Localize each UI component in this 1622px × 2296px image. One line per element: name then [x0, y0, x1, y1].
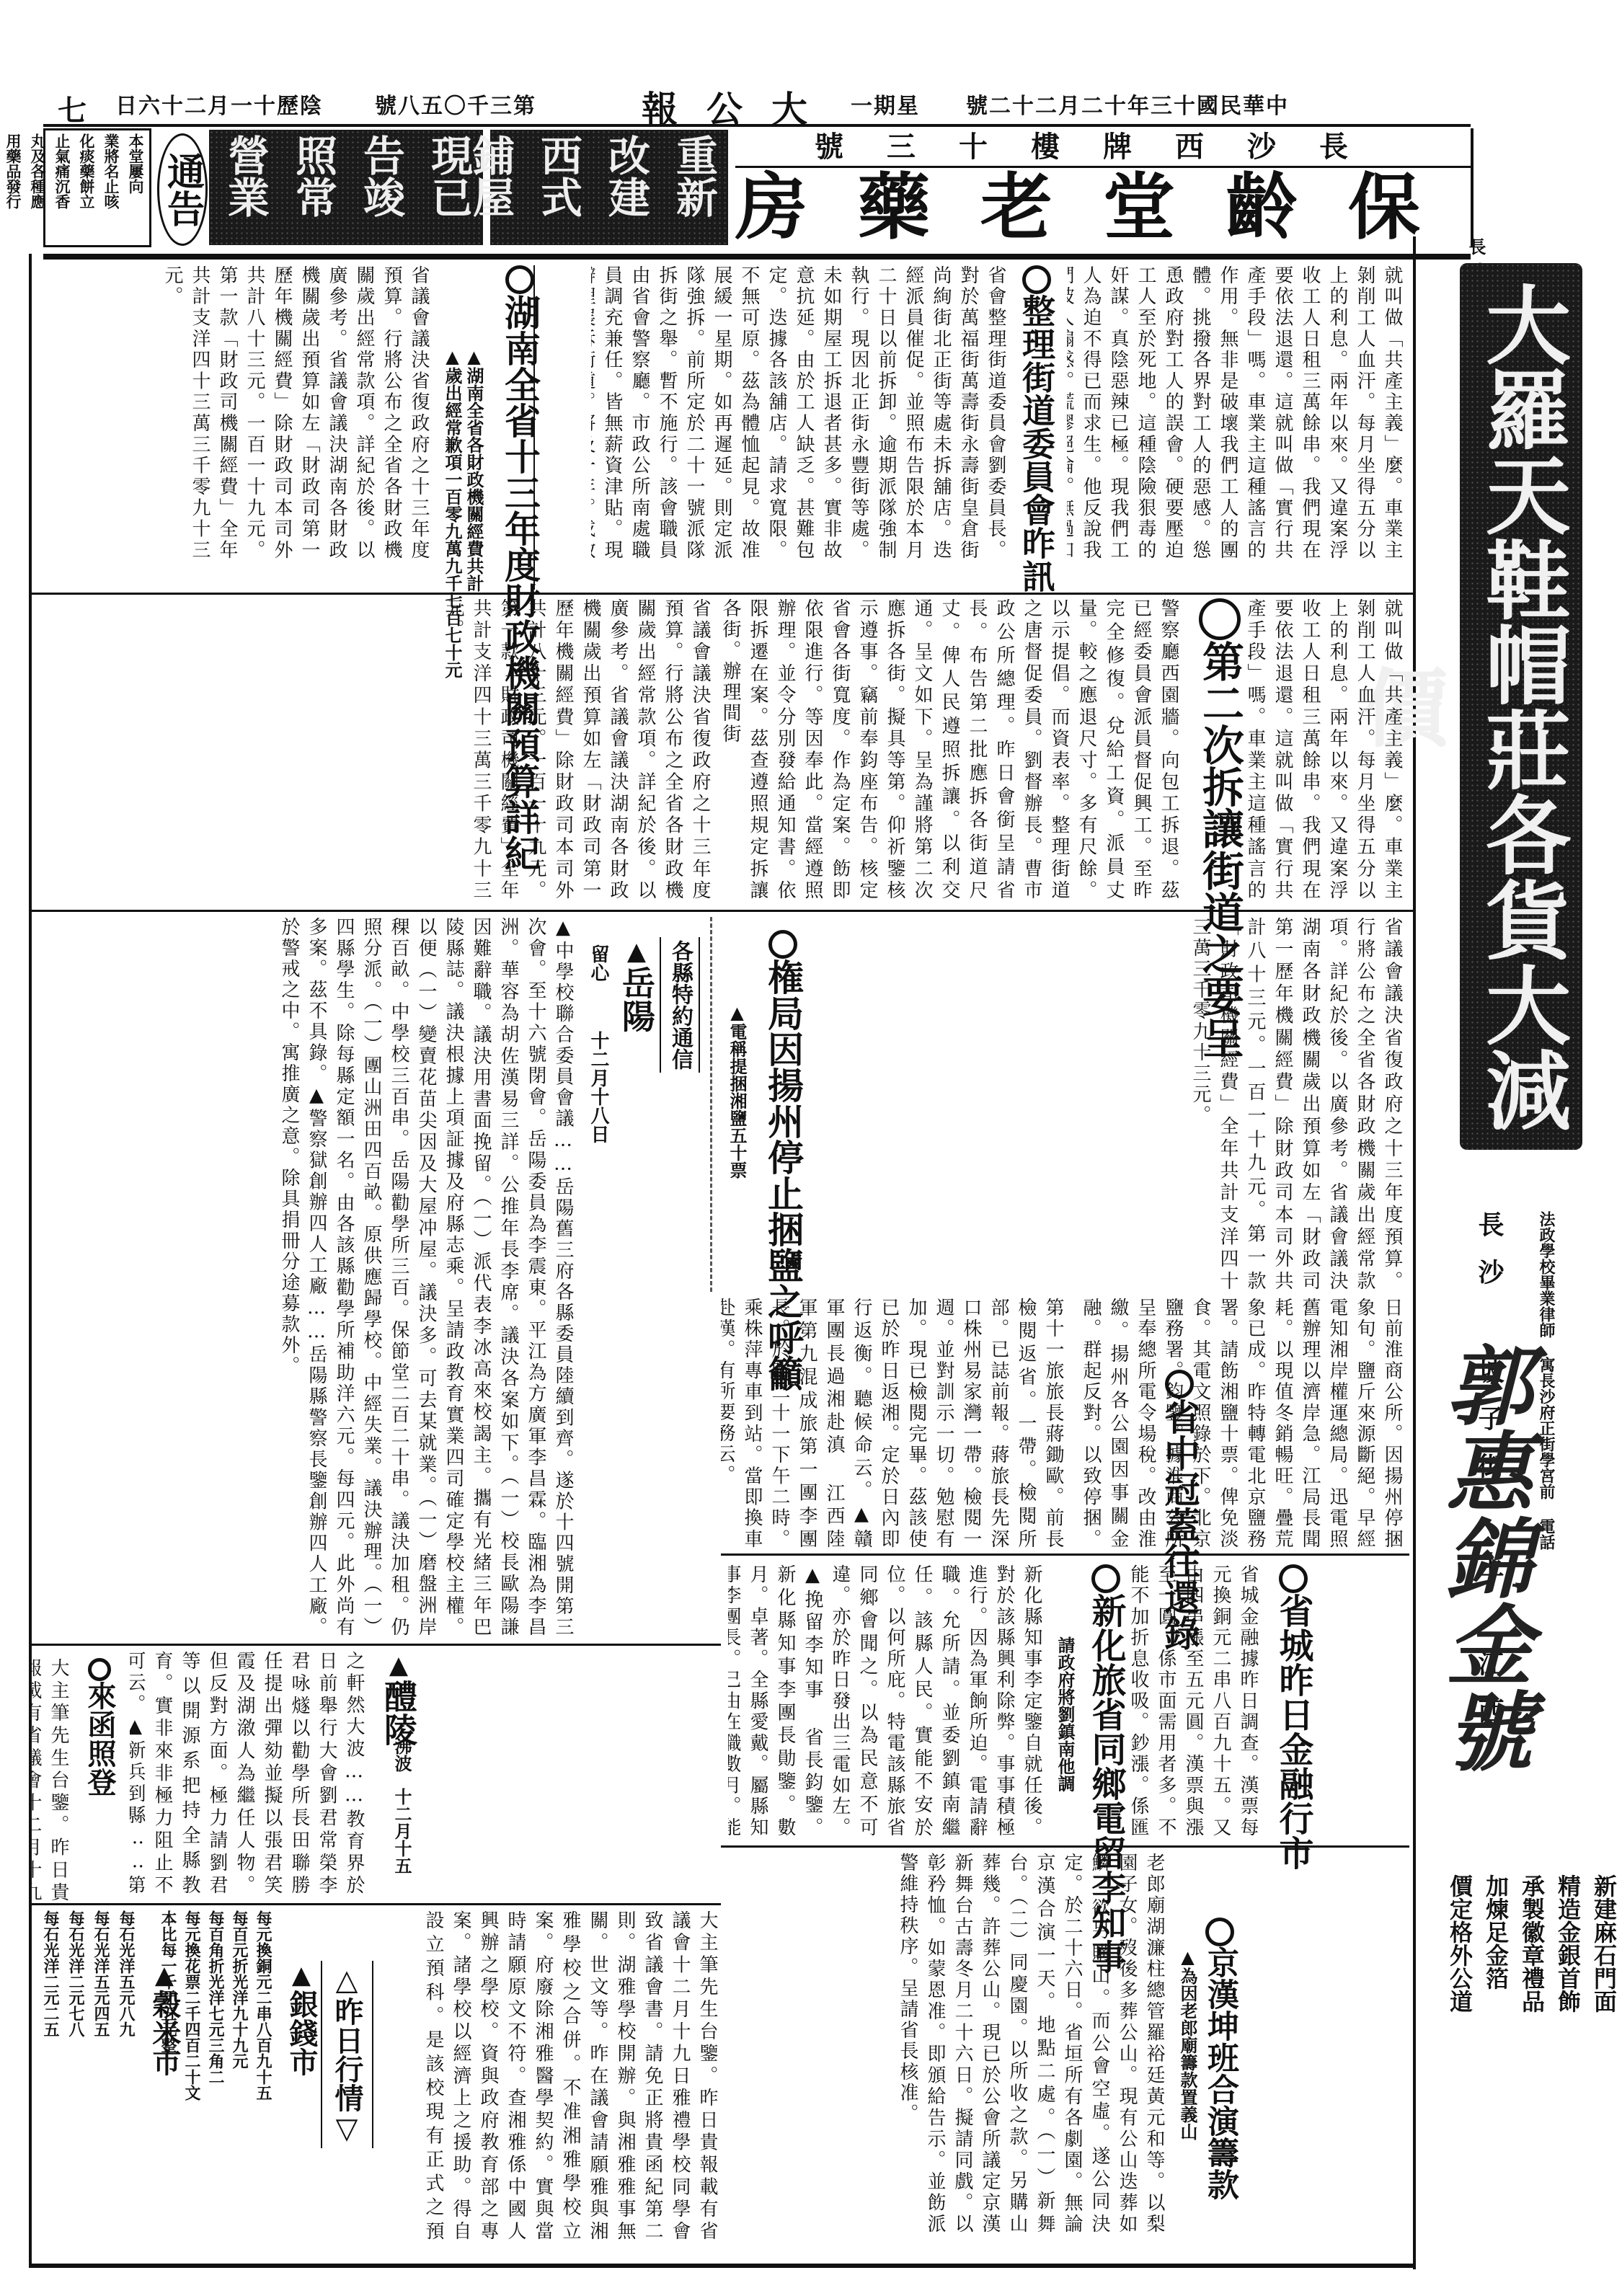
article-budget-body: 省議會議決省復政府之十三年度預算。行將公布之全省各財政機關歲出經常款項。詳紀於後… [29, 265, 433, 561]
band-rule [29, 1903, 721, 1905]
triangle-bullet-icon: ▲ [287, 1961, 316, 1990]
article-finance-title: 省城昨日金融行市 [1269, 1564, 1319, 1870]
header-rule [43, 124, 1471, 127]
circle-bullet-icon [1279, 1564, 1308, 1593]
article-labor-cont: 就叫做「共產主義」麼。車業主剝削工人血汗。每月坐得五分以上的利息。兩年以來。又違… [1240, 598, 1406, 901]
article-street-body: 省會整理街道委員會劉委員長。對於萬福街萬壽街永壽街皇倉街尚絢街北正街等處未拆舖店… [591, 265, 1009, 561]
shoe-hat-shop-banner: 大羅天鞋帽莊各貨大減價 [1460, 263, 1582, 1150]
band-rule [29, 910, 1413, 912]
band-rule [721, 1553, 1409, 1556]
opera-subtitle: ▲為因老郎廟籌款置義山 [1175, 1946, 1200, 2140]
pharmacy-ad: 長沙西牌樓十三號 保齡堂老藥房 [735, 128, 1473, 247]
yueyang-byline: 留心 [585, 944, 612, 982]
liling-title: ▲醴陵 [375, 1651, 422, 1746]
article-governor-body: 第十一旅旅長蔣鋤歐。前長檢閱返省。一帶。檢閱所部。已誌前報。蔣旅長先深口株州易家… [721, 1298, 1067, 1550]
lawyer-note: 法政學校畢業律師 寓長沙府正街學宮前 電話 [1535, 1211, 1558, 1644]
county-correspondence-banner: 各縣特約通信 [660, 937, 700, 1073]
circle-bullet-icon [88, 1658, 111, 1681]
notice-title: 通告 [157, 133, 208, 246]
quote-row: 每石光洋二元二五 [39, 1910, 61, 2242]
quote-row: 每元換花票二千四百二十文 [180, 1910, 203, 2242]
letter-title: 來函照登 [79, 1658, 120, 1796]
salt-subtitle: ▲電稱提捆湘鹽五十票 [724, 1002, 750, 1179]
bottom-frame [29, 2264, 1413, 2268]
circle-bullet-icon [1205, 1918, 1234, 1946]
issue-number: 第三千〇五八號 [375, 88, 536, 120]
quote-row: 每百元折光洋九十九元 [228, 1910, 250, 2242]
xinhua-subtitle: 請政府將劉鎮南他調 [1052, 1636, 1078, 1792]
pharmacy-address: 長沙西牌樓十三號 [735, 128, 1471, 168]
yueyang-title: ▲岳陽 [613, 937, 660, 1032]
triangle-bullet-icon: ▲ [150, 1961, 179, 1990]
quote-row: 本比每一千元五元整 [156, 1910, 179, 2242]
liling-date: 十二月十五 [389, 1788, 415, 1874]
lunar-date: 陰歷十一月二十六日 [115, 88, 323, 120]
circle-bullet-icon [1091, 1564, 1120, 1593]
article-labor-body: 就叫做「共產主義」麼。車業主剝削工人血汗。每月坐得五分以上的利息。兩年以來。又違… [1067, 265, 1406, 561]
rice-market-title: ▲穀米市 [144, 1961, 185, 2076]
circle-bullet-icon [1022, 265, 1051, 294]
band-rule [721, 1845, 1409, 1848]
notice-col: 止氣痛沉香 [51, 133, 73, 242]
jewelry-slogans: 新建麻石門面 精造金銀首飾 承製徽章禮品 加煉足金箔 價定格外公道 [1419, 1874, 1621, 2242]
budget-subtitle: ▲湖南全省各財政機關經費共計 [461, 346, 487, 592]
silver-market-title: ▲銀錢市 [281, 1961, 322, 2076]
silver-quotes: 每元換銅元二串八百九十五 每百元折光洋九十九元 每百角折光洋七元三角二 每元換花… [173, 1910, 274, 2242]
triangle-up-icon: △ [330, 1964, 363, 1997]
notice-col: 用藥品發行 [2, 133, 24, 242]
jewelry-shop-name: 郭惠錦金號 [1435, 1341, 1528, 1773]
article-budget-items: 省議會議決省復政府之十三年度預算。行將公布之全省各財政機關歲出經常款項。詳紀於後… [807, 917, 1406, 1292]
band-rule [29, 593, 1413, 595]
article-opera-body: 老郎廟湖濂柱總管羅裕廷黃元和等。以梨園子女。歿後多葬公山。現有公山迭葬如鱗。欲另… [721, 1853, 1168, 2235]
article-xinhua-body: 新化縣知事李定鑒自就任後。對於該縣興利除弊。事事積極進行。因為軍餉所迫。電請辭職… [728, 1564, 1045, 1838]
notice-body-box: 本堂屢向 業將名止咳 化痰藥餅立 止氣痛沉香 丸及各種應 用藥品發行 [43, 128, 151, 247]
quote-row: 每元換銅元二串八百九十五 [252, 1910, 274, 2242]
triangle-bullet-icon: ▲ [622, 937, 651, 966]
article-liling-body: 之軒然大波……教育界於日前舉行大會劉君常榮李君咏燧以勸學所長田聯勝任提出彈劾並擬… [130, 1651, 368, 1896]
slogan: 價定格外公道 [1443, 1874, 1476, 2242]
pharmacy-name: 保齡堂老藥房 [735, 168, 1471, 247]
yueyang-date: 十二月十八日 [585, 1031, 612, 1143]
ad-panel: 重新 [663, 134, 724, 241]
triangle-bullet-icon: ▲ [384, 1651, 413, 1680]
article-budget-cont: 省議會議決省復政府之十三年度預算。行將公布之全省各財政機關歲出經常款項。詳紀於後… [29, 598, 714, 901]
market-banner: △昨日行情▽ [321, 1961, 373, 2148]
band-rule [29, 1644, 721, 1646]
notice-col: 丸及各種應 [27, 133, 48, 242]
slogan: 承製徽章禮品 [1515, 1874, 1548, 2242]
page-number: 七 [58, 88, 88, 129]
ad-panel: 鋪屋 [460, 134, 520, 241]
triangle-down-icon: ▽ [330, 2112, 363, 2145]
slogan: 精造金銀首飾 [1551, 1874, 1585, 2242]
notice-col: 化痰藥餅立 [76, 133, 97, 242]
notice-col: 業將名止咳 [100, 133, 122, 242]
article-demolition-body: 警察廳西園牆。向包工拆退。茲已經委員會派員督促興工。至昨完全修復。兌給工資。派員… [721, 598, 1182, 901]
ad-panel: 西式 [528, 134, 588, 241]
circle-bullet-icon [768, 930, 797, 959]
quote-row: 每石光洋二元七八 [64, 1910, 87, 2242]
quote-row: 每石光洋五元八九 [115, 1910, 137, 2242]
wavy-divider [710, 917, 712, 1292]
article-finance-body: 省城金融據昨日調查。漢票每元換銅元二串八百九十五。又由四串漲至五元圓。漢票與漲至… [1125, 1564, 1262, 1838]
article-yueyang-body: ▲中學校聯合委員會議……岳陽舊三府各縣委員陸續到齊。遂於十四號開第三次會。至十六… [29, 917, 577, 1638]
ad-panel: 改建 [595, 134, 656, 241]
ad-panel: 照常 [283, 134, 343, 241]
slogan: 新建麻石門面 [1587, 1874, 1621, 2242]
quote-row: 每百角折光洋七元三角二 [204, 1910, 226, 2242]
article-letter-body: 大主筆先生台鑒。昨日貴報載有省議會十二月十九日雅禮學校同學會致省議會書。請免正將… [29, 1658, 72, 1903]
weekday: 星期一 [851, 88, 920, 120]
circle-bullet-icon [1165, 1370, 1194, 1399]
liling-byline: 沸波 [389, 1737, 415, 1772]
article-salt-body: 日前淮商公所。因揚州停捆象旬。鹽斤來源斷絕。早經電知湘岸權運總局。迅電照舊辦理以… [1074, 1298, 1406, 1550]
gregorian-date: 中華民國十三年十二月二十二號 [966, 88, 1289, 120]
quote-row: 每石光洋五元四五 [89, 1910, 112, 2242]
western-shop-ad-2: 重新 改建 西式 鋪屋 [490, 130, 728, 245]
article-opera-title: 京漢坤班合演籌款 [1197, 1918, 1243, 2200]
article-letter-cont: 大主筆先生台鑒。昨日貴報載有省議會十二月十九日雅禮學校同學會致省議會書。請免正將… [418, 1910, 721, 2242]
rice-quotes: 每石光洋五元八九 每石光洋五元四五 每石光洋二元七八 每石光洋二元二五 [43, 1910, 137, 2242]
top-ads-rule [43, 254, 1471, 260]
notice-col: 本堂屢向 [125, 133, 146, 242]
ad-panel: 告竣 [350, 134, 411, 241]
western-shop-ad: 現已 告竣 照常 營業 [209, 130, 483, 245]
circle-bullet-icon [505, 265, 534, 294]
circle-bullet-icon [1199, 598, 1241, 640]
article-street-title: 整理街道委員會昨訊 [1013, 265, 1060, 593]
slogan: 加煉足金箔 [1479, 1874, 1512, 2242]
right-column-divider [1413, 236, 1416, 2269]
left-frame [29, 254, 32, 2265]
ad-panel: 營業 [215, 134, 275, 241]
